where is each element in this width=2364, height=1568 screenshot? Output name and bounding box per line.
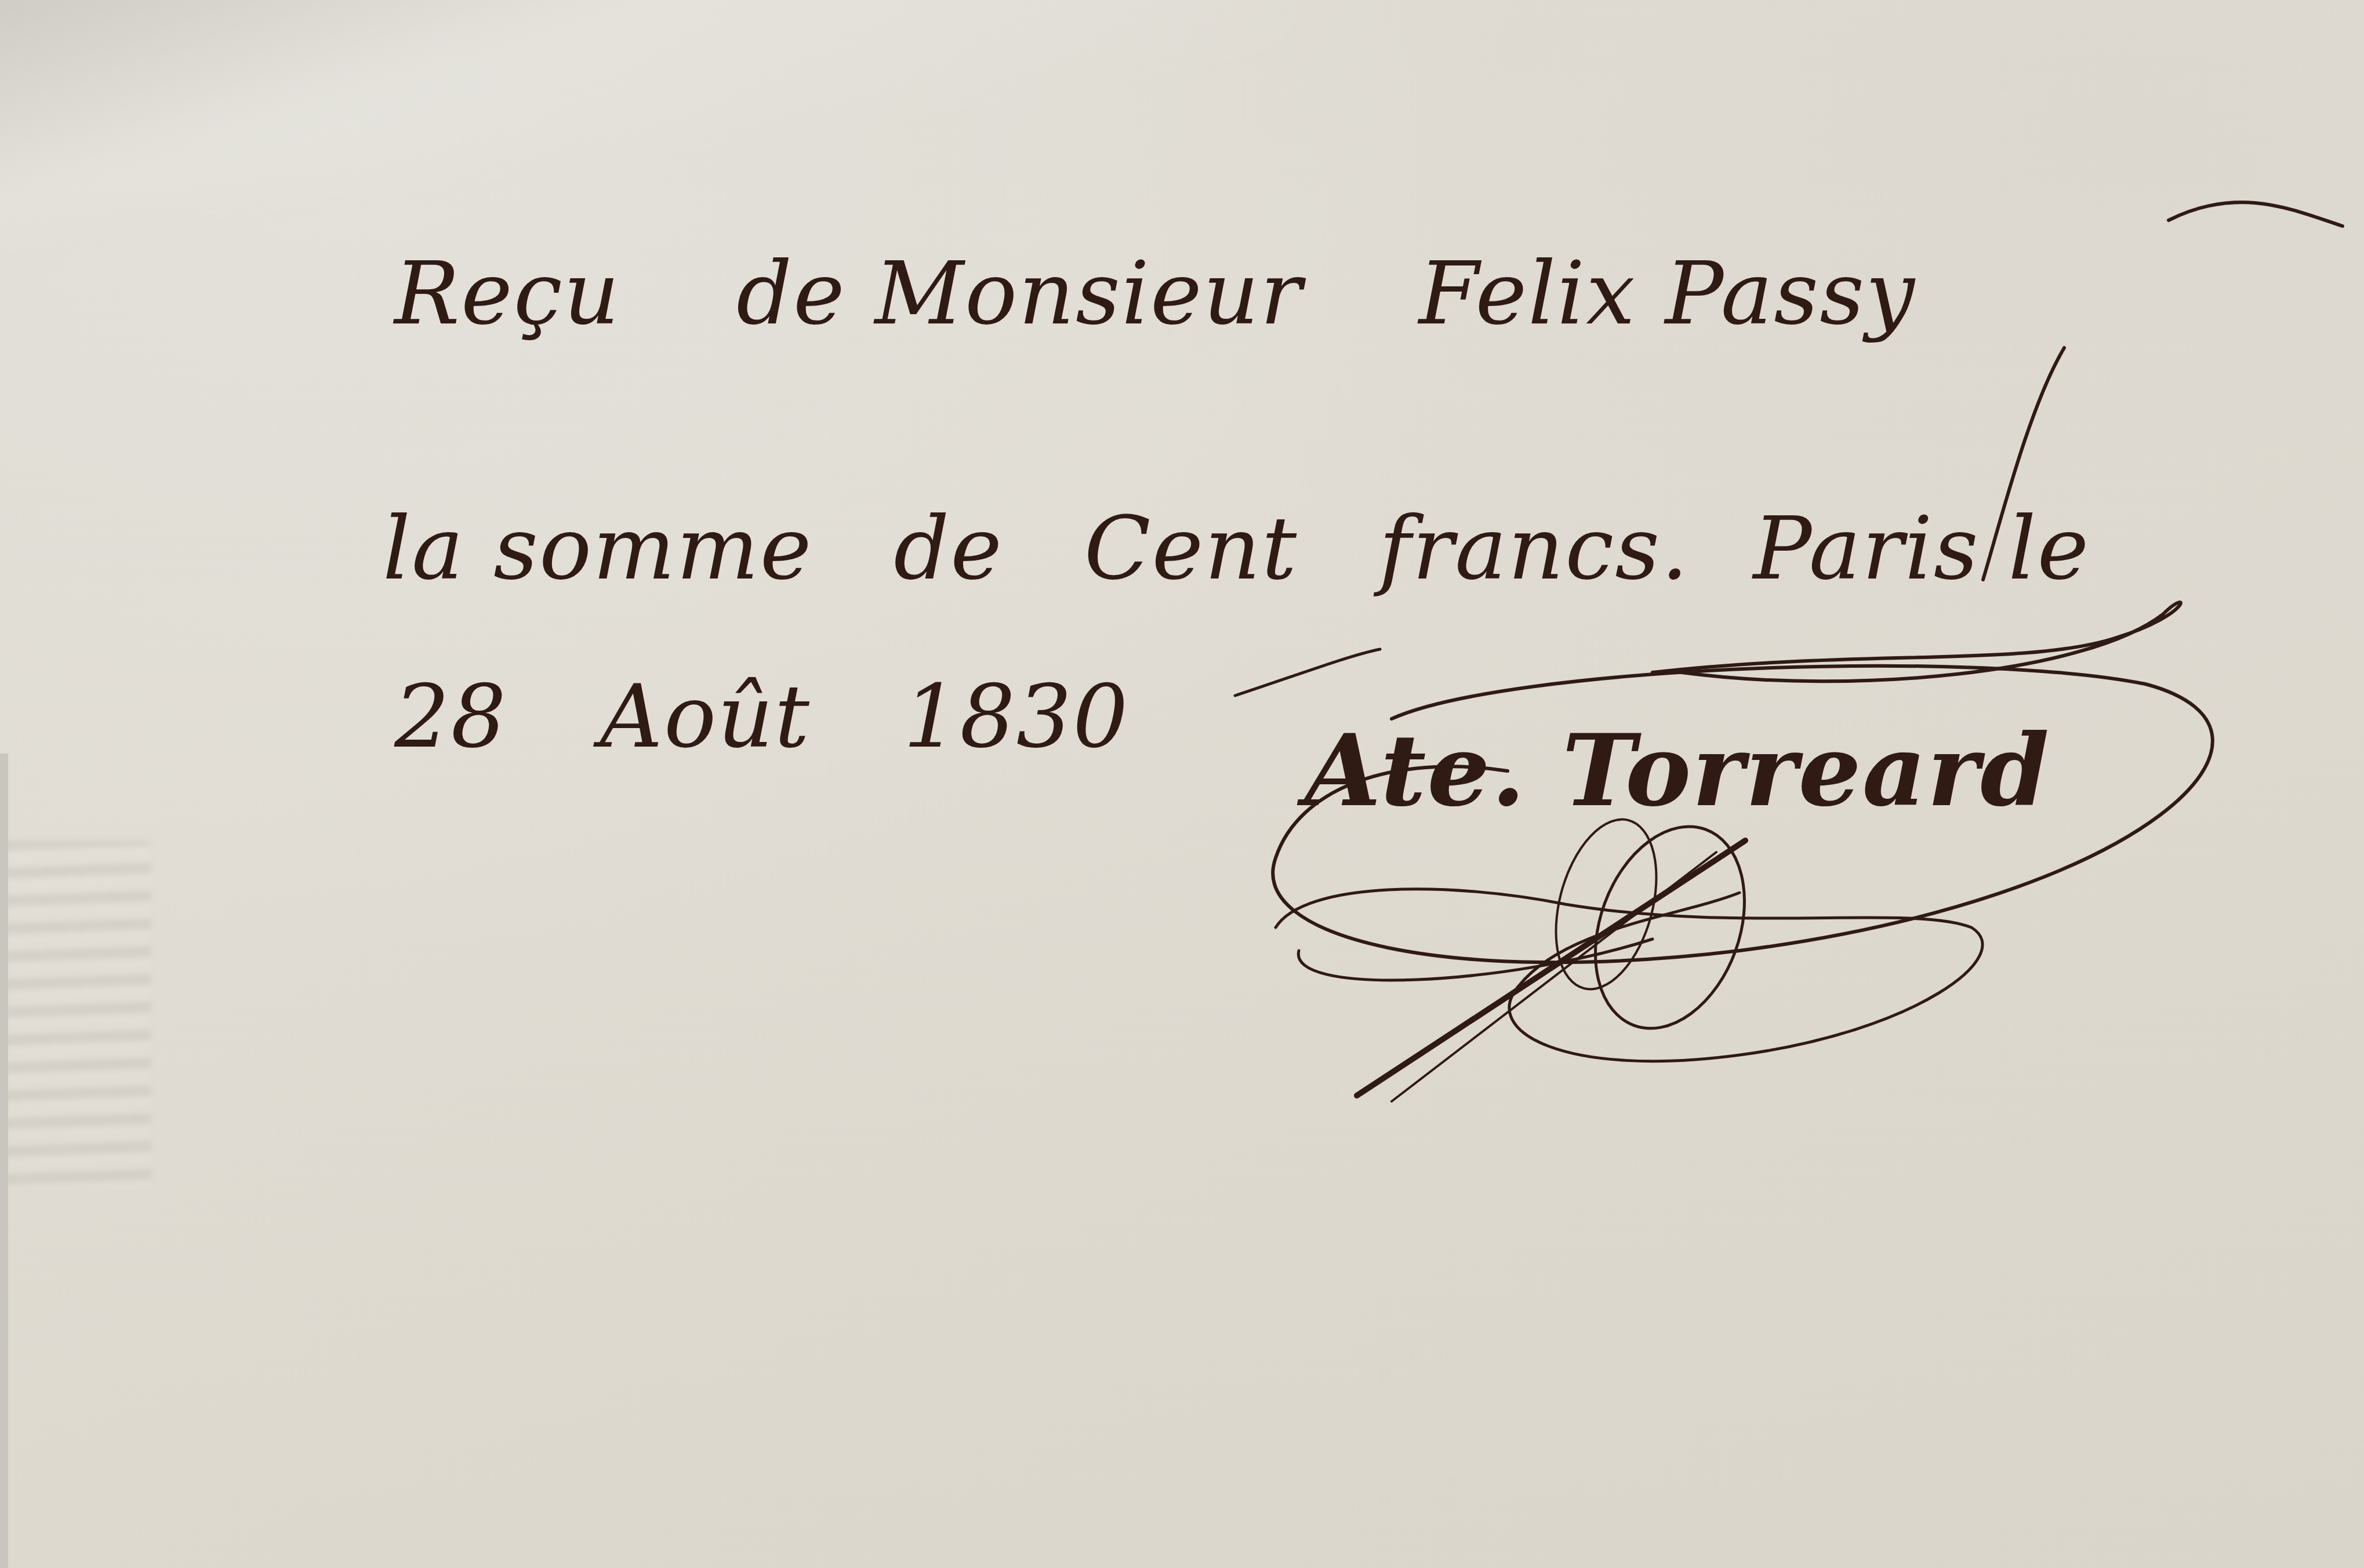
signature-flourish-icon (0, 0, 2364, 1568)
